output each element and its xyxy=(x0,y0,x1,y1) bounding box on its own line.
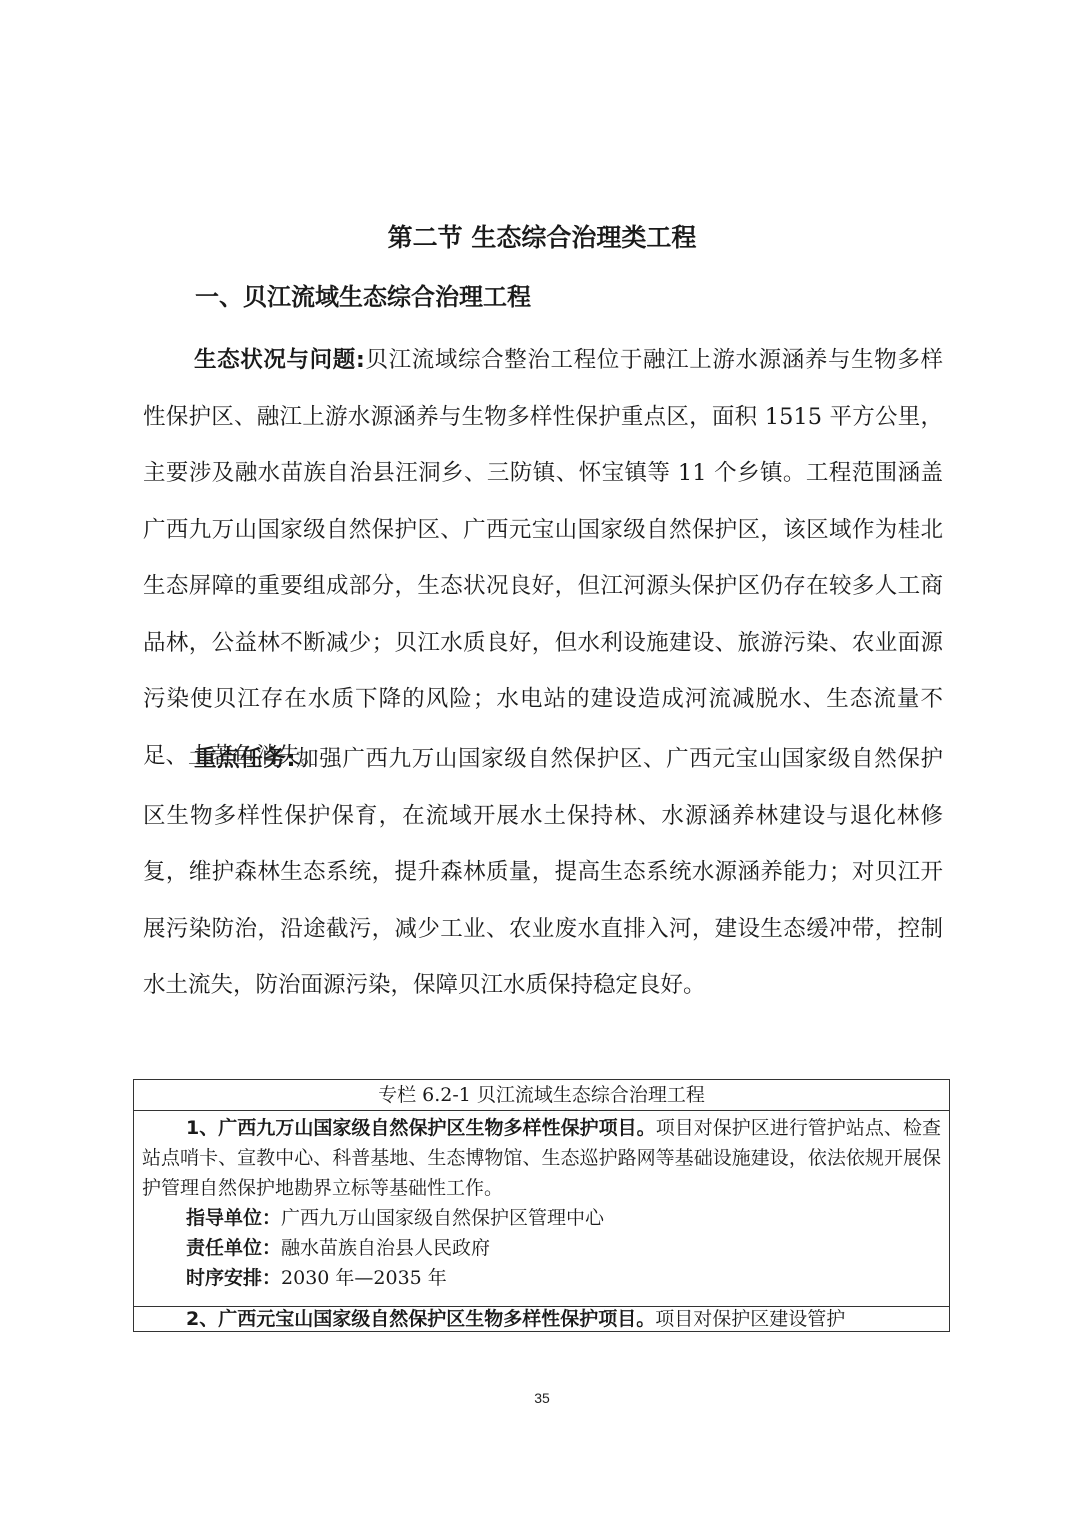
responsible-unit-line: 责任单位：融水苗族自治县人民政府 xyxy=(186,1233,941,1263)
box-item-2: 2、广西元宝山国家级自然保护区生物多样性保护项目。项目对保护区建设管护 xyxy=(134,1306,949,1332)
box-item-heading: 2、广西元宝山国家级自然保护区生物多样性保护项目。 xyxy=(186,1308,655,1330)
paragraph-label: 生态状况与问题: xyxy=(194,347,365,373)
section-title: 第二节 生态综合治理类工程 xyxy=(0,218,1074,254)
guide-unit-label: 指导单位： xyxy=(186,1207,281,1229)
box-title: 专栏 6.2-1 贝江流域生态综合治理工程 xyxy=(134,1080,949,1111)
paragraph-label: 重点任务: xyxy=(194,746,296,772)
responsible-unit-value: 融水苗族自治县人民政府 xyxy=(281,1237,490,1259)
responsible-unit-label: 责任单位： xyxy=(186,1237,281,1259)
box-item-text: 项目对保护区建设管护 xyxy=(655,1308,845,1330)
paragraph-text: 加强广西九万山国家级自然保护区、广西元宝山国家级自然保护区生物多样性保护保育，在… xyxy=(143,746,943,998)
page-number: 35 xyxy=(0,1390,1074,1406)
box-item-heading: 1、广西九万山国家级自然保护区生物多样性保护项目。 xyxy=(186,1117,656,1139)
guide-unit-value: 广西九万山国家级自然保护区管理中心 xyxy=(281,1207,604,1229)
box-item-1: 1、广西九万山国家级自然保护区生物多样性保护项目。项目对保护区进行管护站点、检查… xyxy=(134,1111,949,1293)
paragraph-ecological-status: 生态状况与问题:贝江流域综合整治工程位于融江上游水源涵养与生物多样性保护区、融江… xyxy=(143,332,943,784)
schedule-line: 时序安排：2030 年—2035 年 xyxy=(186,1263,941,1293)
paragraph-text: 贝江流域综合整治工程位于融江上游水源涵养与生物多样性保护区、融江上游水源涵养与生… xyxy=(143,347,943,769)
schedule-label: 时序安排： xyxy=(186,1267,281,1289)
project-box-table: 专栏 6.2-1 贝江流域生态综合治理工程 1、广西九万山国家级自然保护区生物多… xyxy=(133,1079,950,1332)
guide-unit-line: 指导单位：广西九万山国家级自然保护区管理中心 xyxy=(186,1203,941,1233)
box-item-description: 1、广西九万山国家级自然保护区生物多样性保护项目。项目对保护区进行管护站点、检查… xyxy=(142,1113,941,1203)
schedule-value: 2030 年—2035 年 xyxy=(281,1267,447,1289)
subsection-title: 一、贝江流域生态综合治理工程 xyxy=(195,277,531,312)
paragraph-key-tasks: 重点任务:加强广西九万山国家级自然保护区、广西元宝山国家级自然保护区生物多样性保… xyxy=(143,731,943,1014)
document-page: 第二节 生态综合治理类工程 一、贝江流域生态综合治理工程 生态状况与问题:贝江流… xyxy=(0,0,1074,1520)
